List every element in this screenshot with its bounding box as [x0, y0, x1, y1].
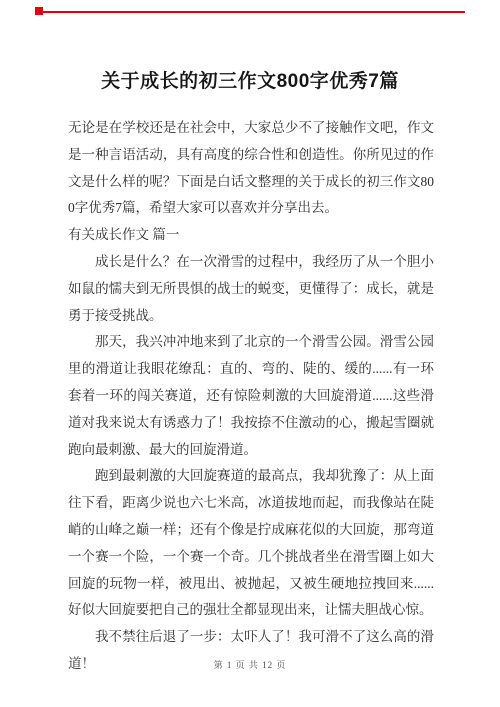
paragraph: 成长是什么？在一次滑雪的过程中，我经历了从一个胆小如鼠的懦夫到无所畏惧的战士的蜕…	[68, 249, 434, 329]
section-heading: 有关成长作文 篇一	[68, 222, 434, 249]
paragraph: 那天，我兴冲冲地来到了北京的一个滑雪公园。滑雪公园里的滑道让我眼花缭乱：直的、弯…	[68, 329, 434, 463]
document-page: 关于成长的初三作文800字优秀7篇 无论是在学校还是在社会中，大家总少不了接触作…	[0, 0, 500, 707]
page-title: 关于成长的初三作文800字优秀7篇	[0, 70, 500, 94]
page-footer: 第 1 页 共 12 页	[0, 658, 500, 671]
paragraph: 跑到最刺激的大回旋赛道的最高点，我却犹豫了：从上面往下看，距离少说也六七米高，冰…	[68, 463, 434, 624]
paragraph: 无论是在学校还是在社会中，大家总少不了接触作文吧，作文是一种言语活动，具有高度的…	[68, 115, 434, 222]
document-body: 无论是在学校还是在社会中，大家总少不了接触作文吧，作文是一种言语活动，具有高度的…	[68, 115, 434, 678]
header-rule-line	[35, 11, 465, 13]
